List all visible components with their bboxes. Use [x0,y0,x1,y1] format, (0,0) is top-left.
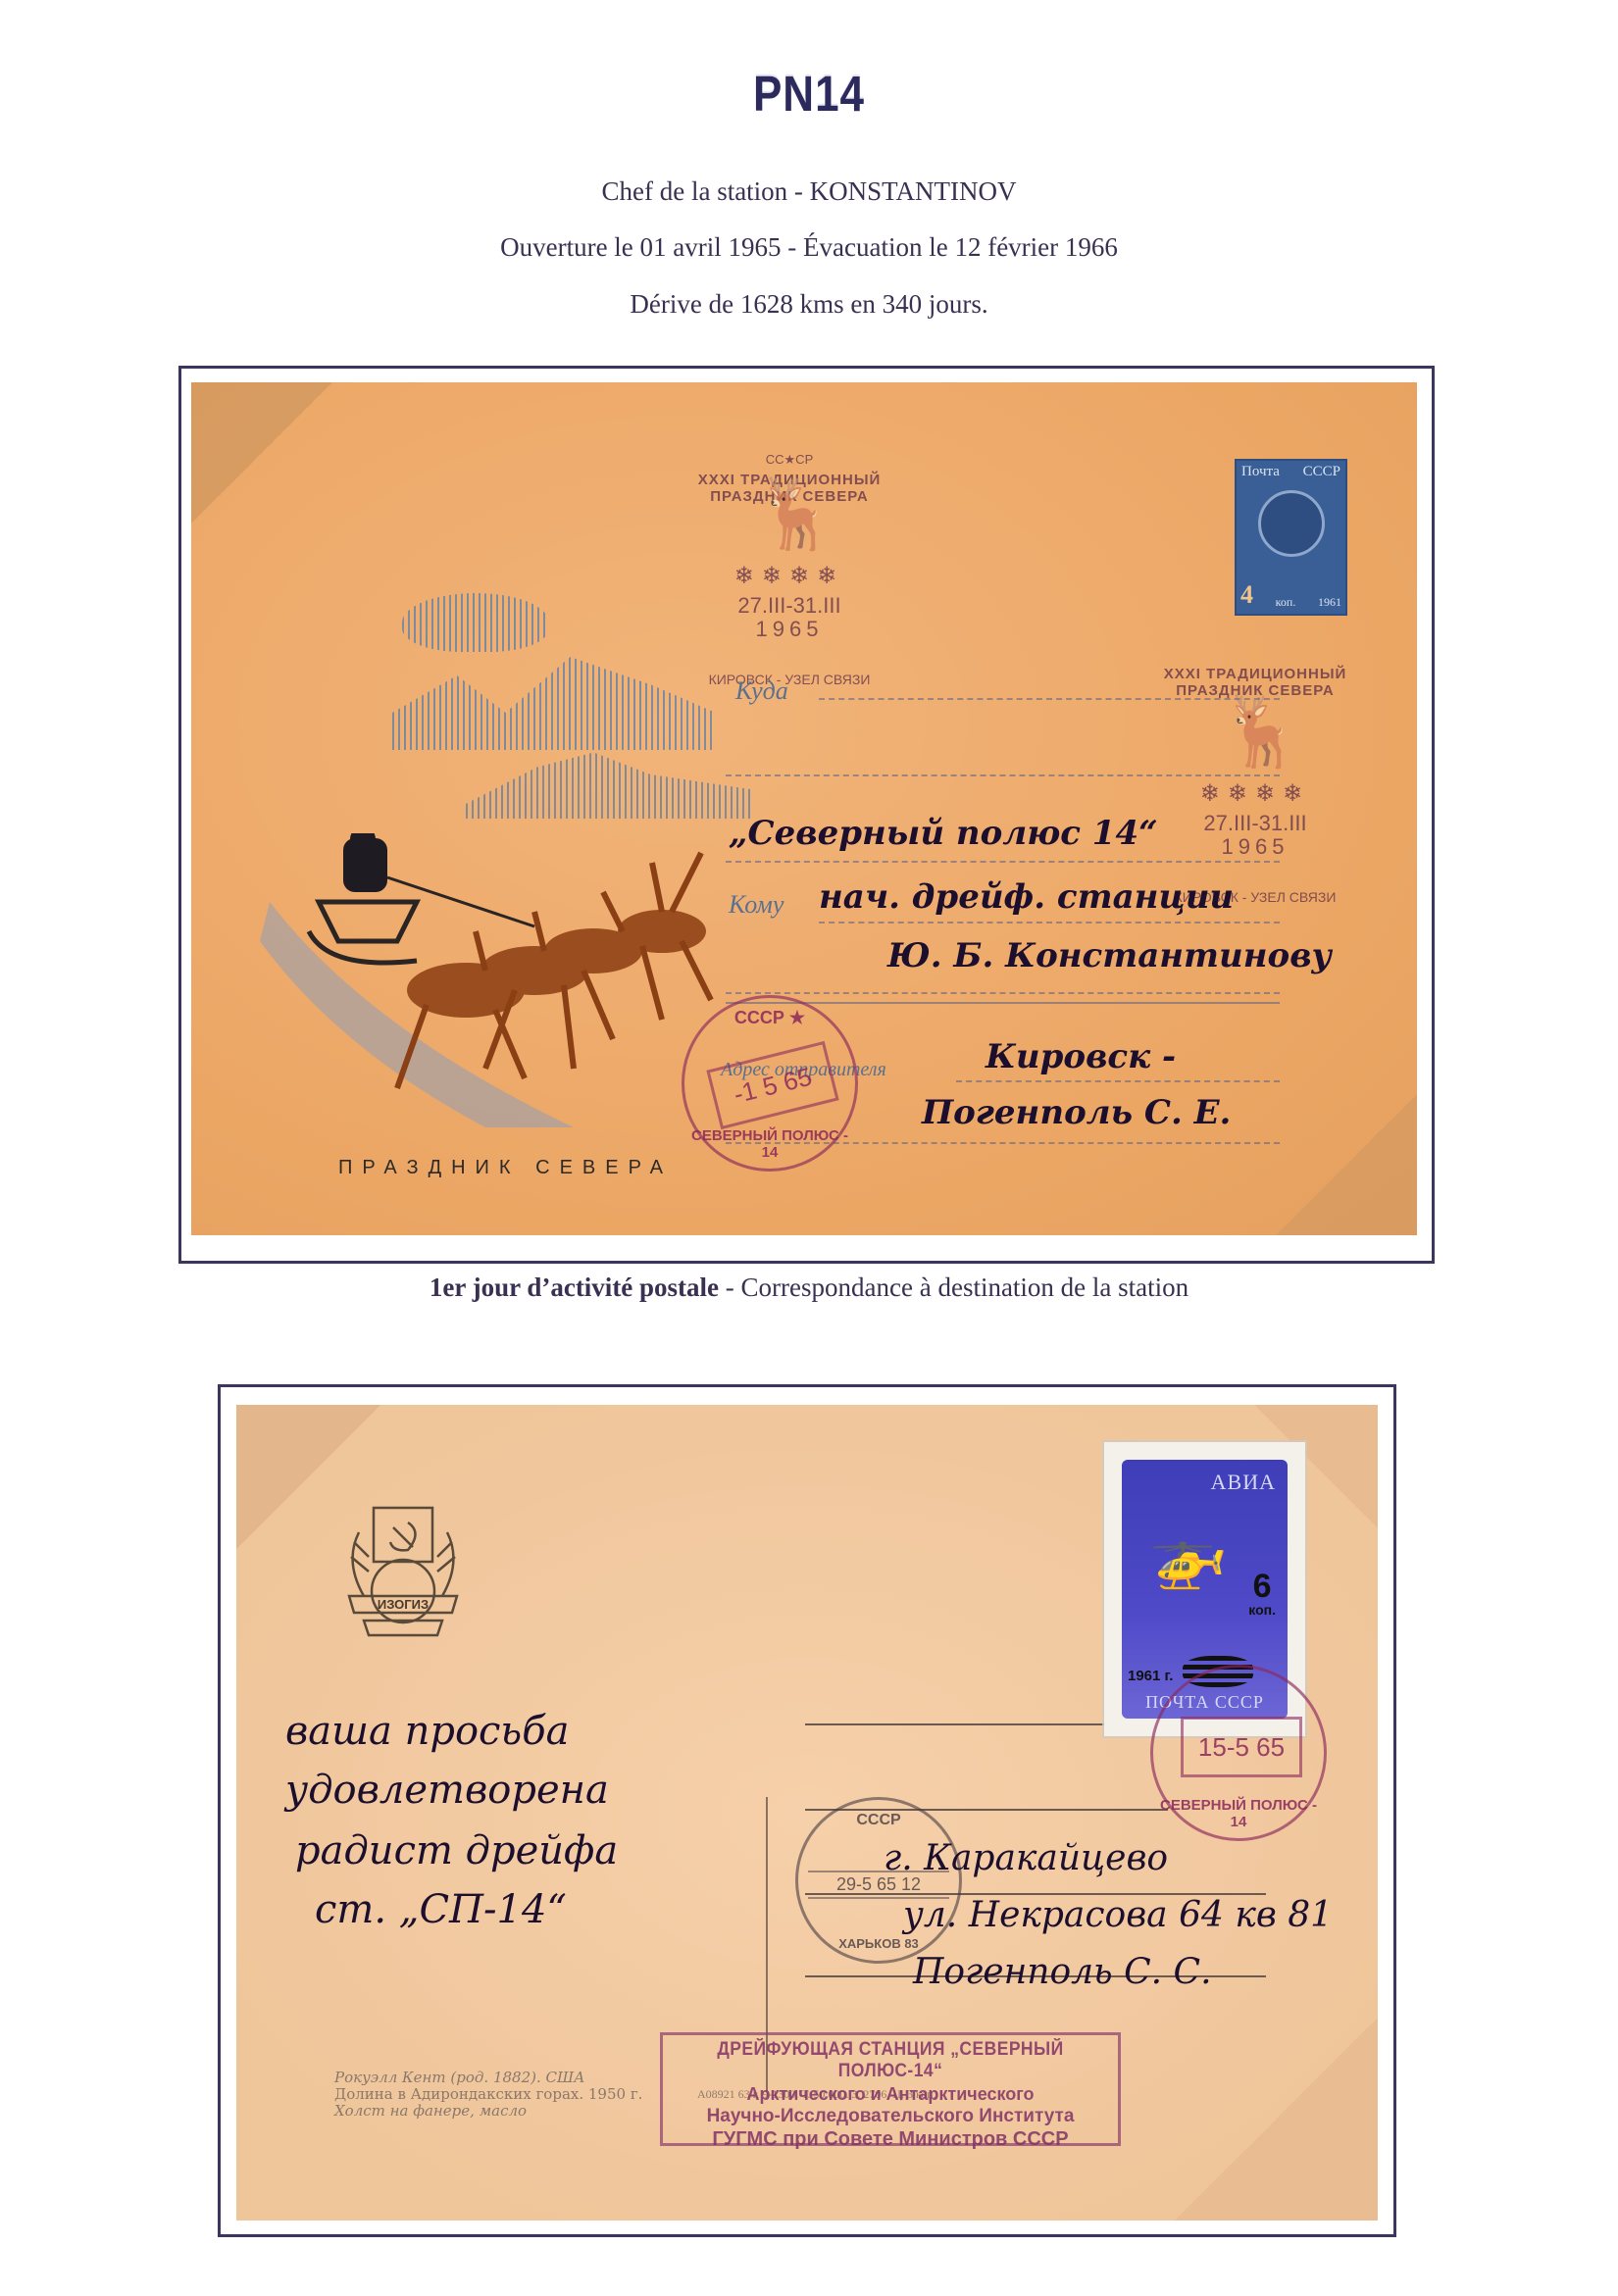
izogiz-publisher-logo: ИЗОГИЗ [339,1503,467,1640]
deer-icon: 🦌 [1219,697,1304,766]
north-pole-14-cancellation: СССР ★ -1 5 65 СЕВЕРНЫЙ ПОЛЮС - 14 [682,995,858,1172]
deer-icon: 🦌 [753,479,838,548]
handwritten-address-line: Ю. Б. Константинову [887,936,1332,975]
postage-stamp-4-kop: ПочтаСССР 4 коп. 1961 [1235,459,1347,616]
station-chief-line: Chef de la station - KONSTANTINOV [0,176,1618,207]
postcard: ИЗОГИЗ АВИА 🚁 6коп. 1961 г. ПОЧТА СССР 1… [236,1405,1378,2221]
cancel-year: 1965 [1136,834,1375,860]
festival-cancellation: СС★СР XXXI ТРАДИЦИОННЫЙ ПРАЗДНИК СЕВЕРА … [667,422,912,667]
handwritten-message-line: радист дрейфа [295,1828,618,1873]
printed-cover-title: ПРАЗДНИК СЕВЕРА [338,1157,673,1179]
station-dates-line: Ouverture le 01 avril 1965 - Évacuation … [0,232,1618,263]
aurora-illustration [466,745,750,819]
address-line [819,922,1280,923]
stamp-label: АВИА [1211,1470,1276,1495]
address-line [956,1080,1280,1082]
cachet-line: ГУГМС при Совете Министров СССР [663,2128,1118,2151]
svg-text:ИЗОГИЗ: ИЗОГИЗ [378,1597,429,1612]
coat-of-arms-icon [1258,490,1325,557]
to-where-label: Куда [735,676,788,706]
cancel-year: 1965 [670,617,909,642]
festival-cancellation: XXXI ТРАДИЦИОННЫЙ ПРАЗДНИК СЕВЕРА 🦌 ❄❄❄❄… [1133,639,1378,884]
envelope-frame: ПРАЗДНИК СЕВЕРА СС★СР XXXI ТРАДИЦИОННЫЙ … [178,366,1435,1264]
handwritten-sender-line: Кировск - [986,1037,1176,1076]
cancel-top-text: СССР ★ [684,1008,855,1028]
cancel-date: 27.III-31.III [1136,811,1375,836]
address-line [819,698,1280,700]
envelope-cover: ПРАЗДНИК СЕВЕРА СС★СР XXXI ТРАДИЦИОННЫЙ … [191,382,1417,1235]
address-line [726,861,1280,863]
handwritten-message-line: ваша просьба [285,1709,569,1754]
cancel-bottom-text: КИРОВСК - УЗЕЛ СВЯЗИ [670,672,909,687]
cancel-bottom-text: СЕВЕРНЫЙ ПОЛЮС - 14 [1153,1797,1324,1830]
cancel-date: 27.III-31.III [670,593,909,619]
snowflake-icon: ❄❄❄❄ [1136,779,1375,808]
handwritten-message-line: удовлетворена [285,1768,609,1813]
cancel-bottom-text: СЕВЕРНЫЙ ПОЛЮС - 14 [684,1127,855,1161]
caption-bold: 1er jour d’activité postale [430,1273,719,1302]
drifting-station-cachet: ДРЕЙФУЮЩАЯ СТАНЦИЯ „СЕВЕРНЫЙ ПОЛЮС-14“ А… [660,2032,1121,2146]
cancel-bottom-text: ХАРЬКОВ 83 [798,1936,959,1951]
credit-line: Долина в Адирондакских горах. 1950 г. [334,2086,642,2103]
cancel-top-text: СССР [798,1812,959,1829]
stamp-year: 1961 [1318,595,1341,610]
cachet-line: ДРЕЙФУЮЩАЯ СТАНЦИЯ „СЕВЕРНЫЙ ПОЛЮС-14“ [682,2039,1100,2082]
postcard-frame: ИЗОГИЗ АВИА 🚁 6коп. 1961 г. ПОЧТА СССР 1… [218,1384,1396,2237]
stamp-text: Почта [1241,464,1280,480]
overprint-number: 6 [1253,1568,1272,1605]
handwritten-address-line: „Северный полюс 14“ [729,814,1158,853]
handwritten-address-line: Погенполь С. С. [913,1952,1212,1992]
page-title: PN14 [0,67,1618,124]
stamp-unit: коп. [1276,595,1296,610]
handwritten-address-line: нач. дрейф. станции [819,877,1234,917]
cachet-line: Арктического и Антарктического [663,2084,1118,2105]
handwritten-address-line: г. Каракайцево [884,1838,1168,1878]
cancel-date: -1 5 65 [706,1041,838,1129]
overprint-unit: коп. [1248,1603,1276,1617]
credit-line: Холст на фанере, масло [334,2103,642,2120]
cancel-top-text: СС★СР [670,452,909,468]
north-pole-14-cancellation: 15-5 65 СЕВЕРНЫЙ ПОЛЮС - 14 [1150,1665,1327,1841]
stamp-value: 4 [1240,580,1253,610]
photo-corner [1270,1088,1417,1235]
credit-line: Рокуэлл Кент (род. 1882). США [334,2070,642,2086]
aurora-illustration [402,593,549,652]
arrival-cancellation: СССР 29-5 65 12 ХАРЬКОВ 83 [795,1797,962,1964]
stamp-text: СССР [1303,464,1340,480]
aurora-illustration [392,657,716,750]
overprint-year: 1961 г. [1128,1668,1173,1684]
snowflake-icon: ❄❄❄❄ [670,562,909,590]
handwritten-address-line: ул. Некрасова 64 кв 81 [903,1895,1333,1935]
envelope-caption: 1er jour d’activité postale - Correspond… [0,1273,1618,1303]
address-line [726,992,1280,994]
handwritten-sender-line: Погенполь С. Е. [922,1093,1231,1132]
cancel-date: 15-5 65 [1181,1717,1302,1777]
address-line [726,774,1280,776]
helicopter-icon: 🚁 [1149,1519,1228,1592]
caption-text: - Correspondance à destination de la sta… [719,1273,1188,1302]
handwritten-message-line: ст. „СП-14“ [315,1887,567,1932]
photo-corner [1142,2005,1378,2221]
overprint-value: 6коп. [1248,1570,1276,1617]
artwork-credit: Рокуэлл Кент (род. 1882). США Долина в А… [334,2070,642,2120]
to-whom-label: Кому [729,890,784,920]
photo-corner [191,382,338,529]
cachet-line: Научно-Исследовательского Института [663,2106,1118,2127]
station-drift-line: Dérive de 1628 kms en 340 jours. [0,289,1618,320]
